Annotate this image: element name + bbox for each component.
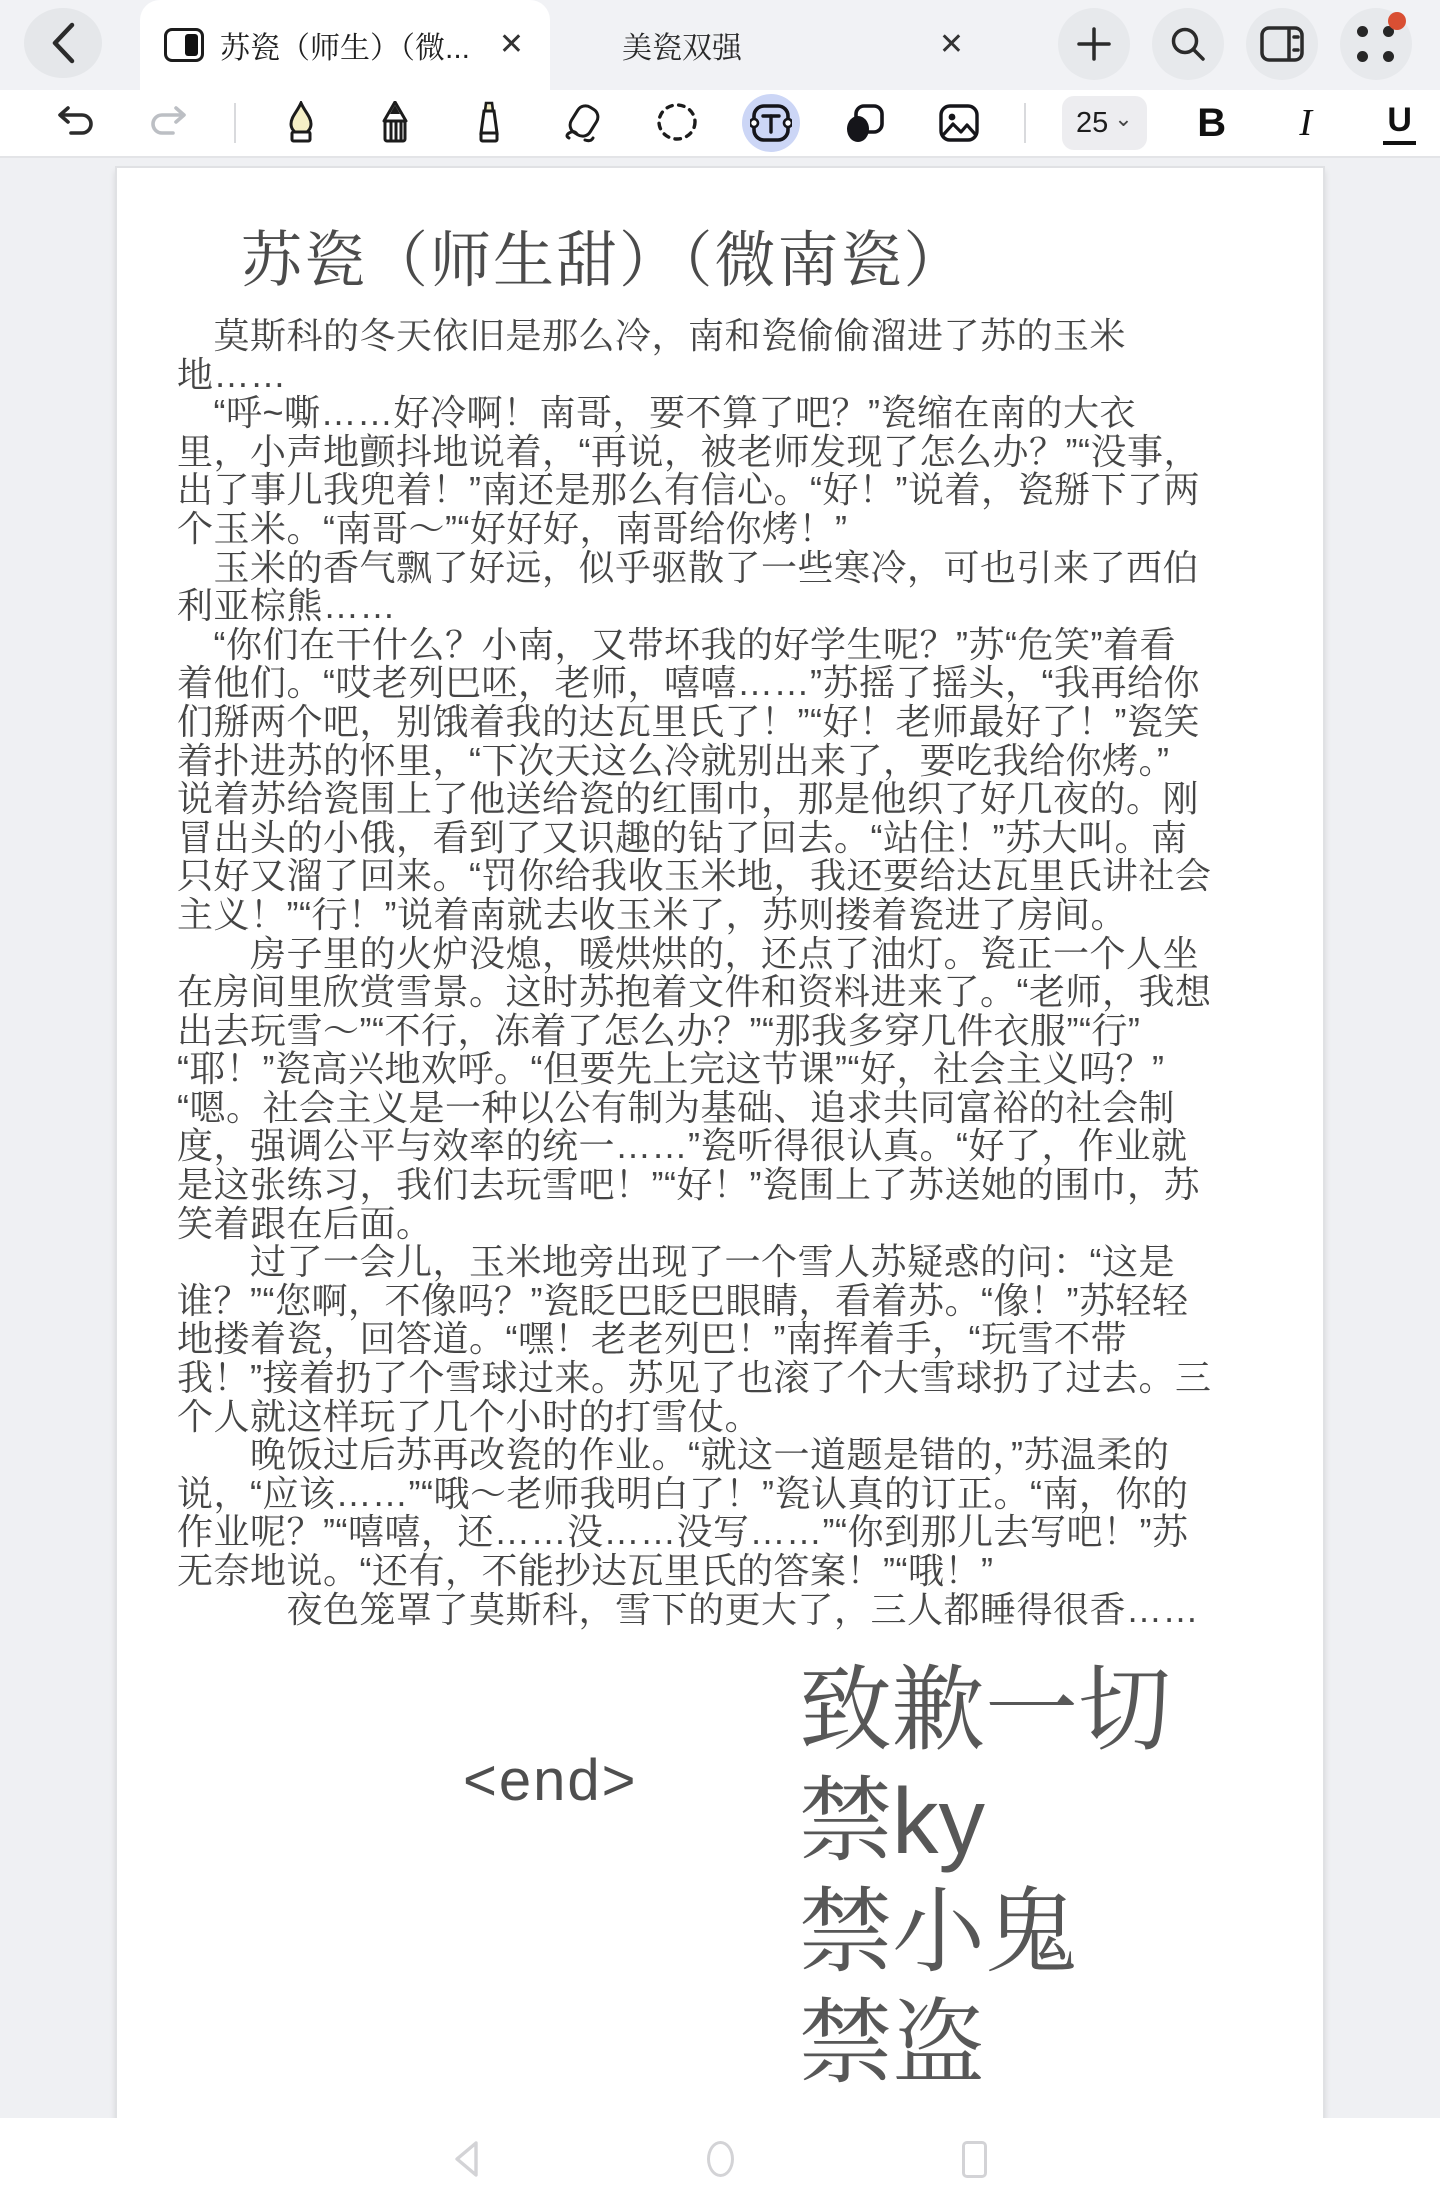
text-line: 我！”接着扔了个雪球过来。苏见了也滚了个大雪球扔了过去。三 [177,1359,1265,1398]
text-line: 说，“应该……”“哦～老师我明白了！”瓷认真的订正。“南，你的 [177,1475,1265,1514]
text-line: 度，强调公平与效率的统一……”瓷听得很认真。“好了，作业就 [177,1127,1265,1166]
undo-button[interactable] [46,94,104,152]
split-view-icon [1260,26,1304,62]
toolbar-divider [1024,103,1026,143]
pencil-icon [381,101,409,145]
text-line: 只好又溜了回来。“罚你给我收玉米地，我还要给达瓦里氏讲社会 [177,857,1265,896]
toolbar-divider [234,103,236,143]
chevron-down-icon: ⌄ [1114,106,1132,132]
text-line: 利亚棕熊…… [177,587,1265,626]
tabbar-actions [1058,8,1412,80]
close-icon[interactable]: ✕ [499,30,524,60]
text-line: 着他们。“哎老列巴呸，老师，嘻嘻……”苏摇了摇头，“我再给你 [177,664,1265,703]
document-title: 苏瓷（师生甜）（微南瓷） [241,212,1265,299]
italic-button[interactable]: I [1277,94,1335,152]
text-line: 房子里的火炉没熄，暖烘烘的，还点了油灯。瓷正一个人坐 [177,935,1265,974]
text-line: 说着苏给瓷围上了他送给瓷的红围巾，那是他织了好几夜的。刚 [177,780,1265,819]
reader-icon [164,28,204,62]
text-line: 谁？”“您啊，不像吗？”瓷眨巴眨巴眼睛，看着苏。“像！”苏轻轻 [177,1282,1265,1321]
underline-button[interactable]: U [1371,94,1429,152]
brush-pen-icon [286,101,316,145]
notification-dot [1388,12,1406,30]
image-icon [938,103,980,143]
text-line: 夜色笼罩了莫斯科，雪下的更大了，三人都睡得很香…… [177,1591,1265,1630]
home-circle-icon[interactable] [707,2141,734,2177]
redo-button[interactable] [140,94,198,152]
text-line: “耶！”瓷高兴地欢呼。“但要先上完这节课”“好，社会主义吗？” [177,1050,1265,1089]
document-page[interactable]: 苏瓷（师生甜）（微南瓷） 莫斯科的冬天依旧是那么冷，南和瓷偷偷溜进了苏的玉米地…… [115,166,1325,2118]
chevron-left-icon [50,22,76,64]
back-button[interactable] [24,8,102,78]
editing-toolbar: 25 ⌄ B I U A A [0,90,1440,158]
text-line: 出去玩雪～”“不行，冻着了怎么办？”“那我多穿几件衣服”“行” [177,1012,1265,1051]
text-line: 出了事儿我兜着！”南还是那么有信心。“好！”说着，瓷掰下了两 [177,471,1265,510]
four-dots-icon [1357,26,1395,62]
text-line: 个人就这样玩了几个小时的打雪仗。 [177,1398,1265,1437]
font-size-value: 25 [1076,107,1108,140]
text-box-icon [750,103,792,143]
plus-icon [1076,26,1112,62]
text-line: “呼~嘶……好冷啊！南哥，要不算了吧？”瓷缩在南的大衣 [177,394,1265,433]
italic-icon: I [1299,101,1312,145]
text-line: 主义！”“行！”说着南就去收玉米了，苏则搂着瓷进了房间。 [177,896,1265,935]
back-triangle-icon[interactable] [453,2140,479,2178]
lasso-icon [655,102,699,144]
text-line: 们掰两个吧，别饿着我的达瓦里氏了！”“好！老师最好了！”瓷笑 [177,703,1265,742]
undo-icon [56,106,94,140]
document-body: 莫斯科的冬天依旧是那么冷，南和瓷偷偷溜进了苏的玉米地…… “呼~嘶……好冷啊！南… [177,317,1265,1629]
text-line: 冒出头的小俄，看到了又识趣的钻了回去。“站住！”苏大叫。南 [177,819,1265,858]
note-line: 禁小鬼 [799,1877,1171,1988]
underline-icon: U [1383,101,1416,145]
note-line: 禁ky [799,1766,1171,1877]
text-line: “嗯。社会主义是一种以公有制为基础、追求共同富裕的社会制 [177,1089,1265,1128]
text-line: 个玉米。“南哥～”“好好好，南哥给你烤！” [177,510,1265,549]
eraser-icon [563,102,603,144]
new-tab-button[interactable] [1058,8,1130,80]
disclaimer-note: 致歉一切禁ky禁小鬼禁盗 [799,1655,1171,2099]
redo-icon [150,106,188,140]
note-line: 致歉一切 [799,1655,1171,1766]
marker-pen-tool[interactable] [460,94,518,152]
text-line: 笑着跟在后面。 [177,1205,1265,1244]
search-icon [1169,25,1207,63]
eraser-tool[interactable] [554,94,612,152]
tab-title: 苏瓷（师生）（微... [220,23,481,67]
text-line: “你们在干什么？小南，又带坏我的好学生呢？”苏“危笑”着看 [177,626,1265,665]
tab-inactive[interactable]: 美瓷双强 ✕ [550,0,1000,90]
app-menu-button[interactable] [1340,8,1412,80]
font-size-selector[interactable]: 25 ⌄ [1062,96,1147,150]
text-line: 莫斯科的冬天依旧是那么冷，南和瓷偷偷溜进了苏的玉米 [177,317,1265,356]
tab-bar: 苏瓷（师生）（微... ✕ 美瓷双强 ✕ [0,0,1440,90]
end-mark: <end> [463,1747,638,1814]
note-canvas[interactable]: 苏瓷（师生甜）（微南瓷） 莫斯科的冬天依旧是那么冷，南和瓷偷偷溜进了苏的玉米地…… [0,158,1440,2118]
text-line: 晚饭过后苏再改瓷的作业。“就这一道题是错的，”苏温柔的 [177,1436,1265,1475]
split-screen-button[interactable] [1246,8,1318,80]
close-icon[interactable]: ✕ [939,30,964,60]
note-line: 禁盗 [799,1988,1171,2099]
shape-icon [844,102,886,144]
system-nav-bar [0,2118,1440,2200]
text-line: 过了一会儿，玉米地旁出现了一个雪人苏疑惑的问：“这是 [177,1243,1265,1282]
text-line: 地搂着瓷，回答道。“嘿！老老列巴！”南挥着手，“玩雪不带 [177,1320,1265,1359]
search-button[interactable] [1152,8,1224,80]
lasso-select-tool[interactable] [648,94,706,152]
text-line: 里，小声地颤抖地说着，“再说，被老师发现了怎么办？”“没事， [177,433,1265,472]
text-line: 着扑进苏的怀里，“下次天这么冷就别出来了，要吃我给你烤。” [177,742,1265,781]
bold-button[interactable]: B [1183,94,1241,152]
screen: 苏瓷（师生）（微... ✕ 美瓷双强 ✕ [0,0,1440,2200]
bold-icon: B [1197,101,1226,146]
text-line: 无奈地说。“还有，不能抄达瓦里氏的答案！”“哦！” [177,1552,1265,1591]
brush-pen-tool[interactable] [272,94,330,152]
marker-pen-icon [476,101,502,145]
text-line: 地…… [177,356,1265,395]
tab-title: 美瓷双强 [622,23,921,67]
shape-tool[interactable] [836,94,894,152]
tab-active[interactable]: 苏瓷（师生）（微... ✕ [140,0,550,90]
text-line: 玉米的香气飘了好远，似乎驱散了一些寒冷，可也引来了西伯 [177,549,1265,588]
text-line: 在房间里欣赏雪景。这时苏抱着文件和资料进来了。“老师，我想 [177,973,1265,1012]
text-line: 是这张练习，我们去玩雪吧！”“好！”瓷围上了苏送她的围巾，苏 [177,1166,1265,1205]
end-section: <end> 致歉一切禁ky禁小鬼禁盗 [177,1655,1265,2095]
pencil-tool[interactable] [366,94,424,152]
recents-square-icon[interactable] [962,2141,987,2178]
image-tool[interactable] [930,94,988,152]
text-line: 作业呢？”“嘻嘻，还……没……没写……”“你到那儿去写吧！”苏 [177,1513,1265,1552]
text-box-tool[interactable] [742,94,800,152]
